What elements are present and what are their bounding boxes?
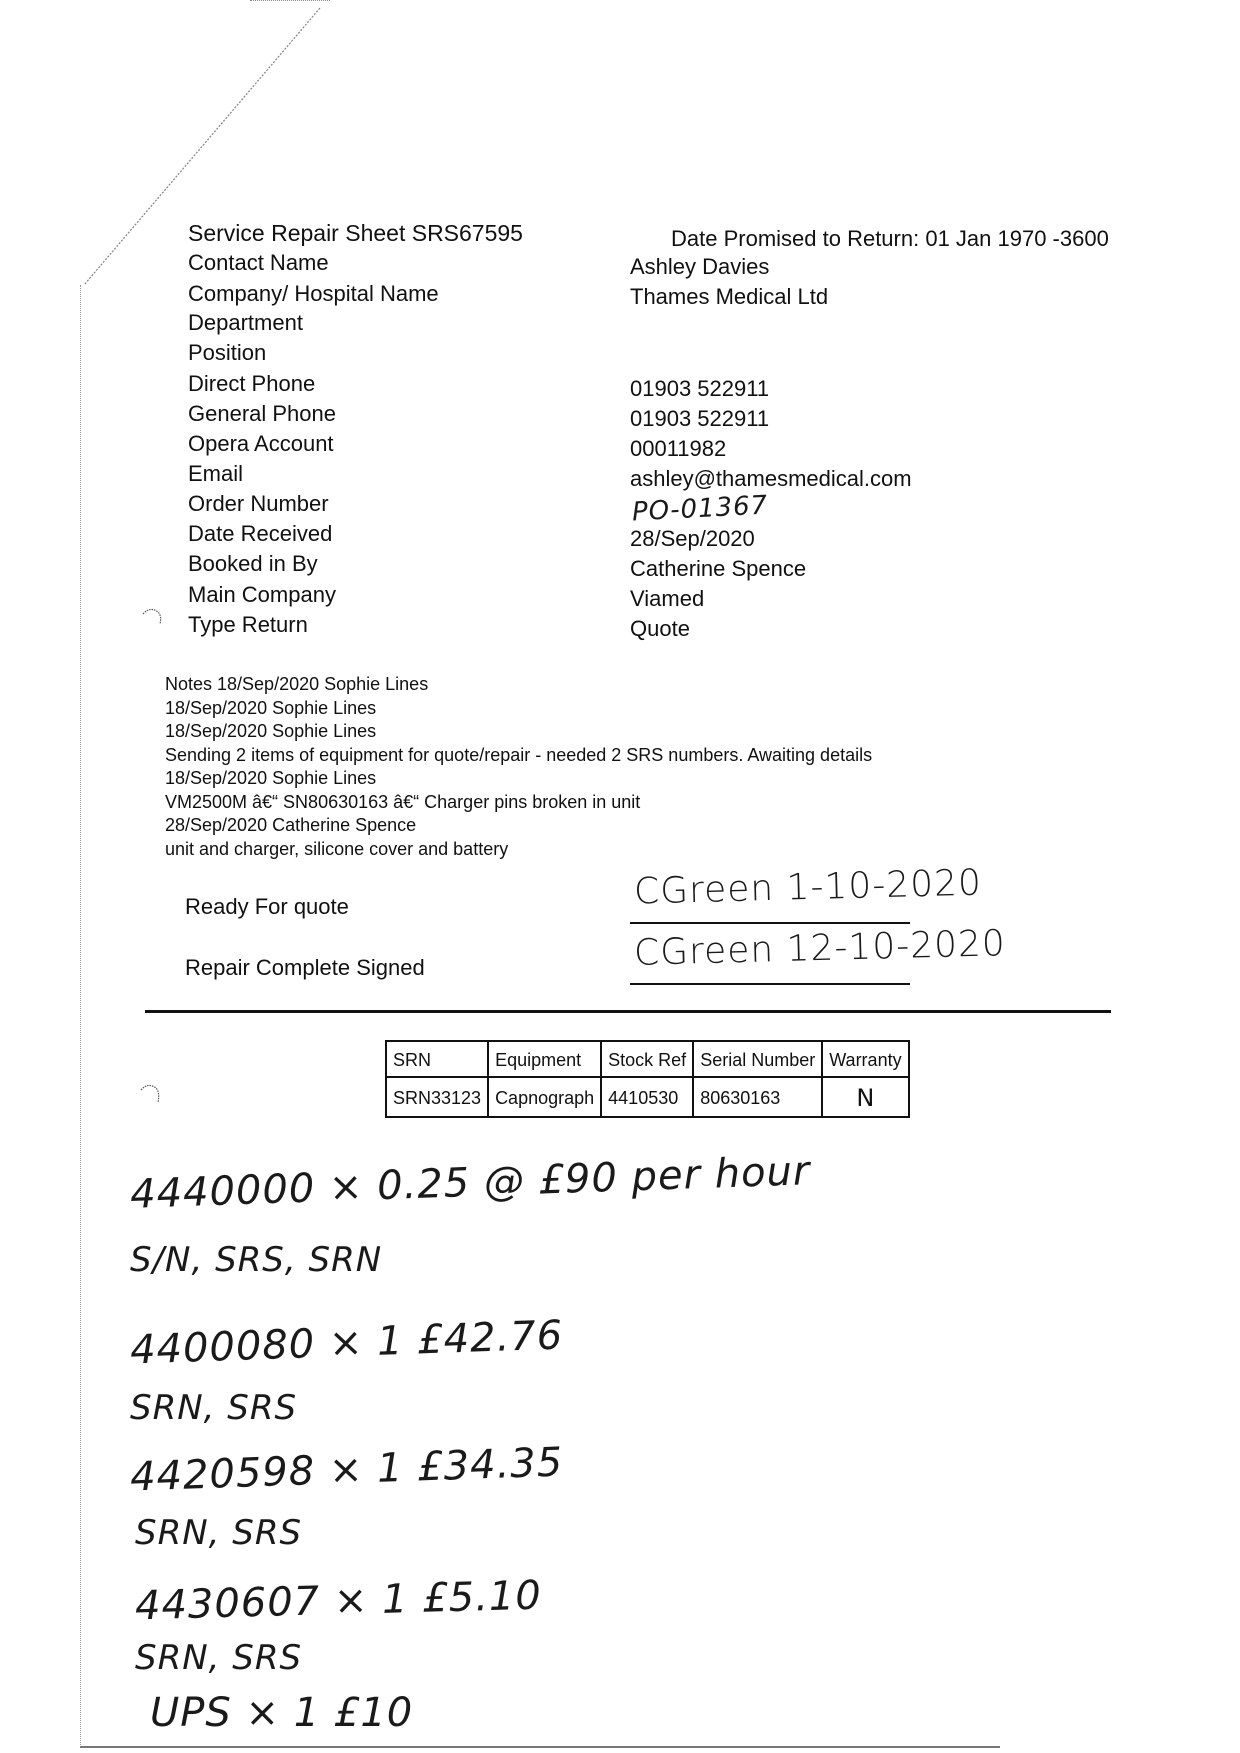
scan-edge-left — [80, 285, 81, 1745]
note-line: 18/Sep/2020 Sophie Lines — [165, 767, 872, 791]
handwritten-item-codes: SRN, SRS — [135, 1513, 302, 1553]
note-line: 18/Sep/2020 Sophie Lines — [165, 720, 872, 744]
sheet-title: Service Repair Sheet SRS67595 — [188, 220, 523, 247]
table-row: SRN33123 Capnograph 4410530 80630163 N — [386, 1077, 909, 1117]
header-srn: SRN — [386, 1041, 488, 1077]
handwritten-item-codes: SRN, SRS — [135, 1638, 302, 1678]
date-promised: Date Promised to Return: 01 Jan 1970 -36… — [671, 226, 1109, 252]
section-divider — [145, 1010, 1111, 1013]
scanned-service-repair-sheet: Service Repair Sheet SRS67595 Date Promi… — [0, 0, 1240, 1753]
punch-hole-mark — [138, 1080, 164, 1104]
scan-edge-bottom — [80, 1746, 1000, 1748]
label-general-phone: General Phone — [188, 401, 336, 427]
label-order-number: Order Number — [188, 491, 329, 517]
cell-srn: SRN33123 — [386, 1077, 488, 1117]
cell-equipment: Capnograph — [488, 1077, 601, 1117]
label-contact-name: Contact Name — [188, 250, 329, 276]
scan-edge-top — [250, 0, 330, 1]
value-general-phone: 01903 522911 — [630, 406, 769, 432]
value-opera-account: 00011982 — [630, 436, 726, 462]
signature-text: CGreen 12-10-2020 — [634, 924, 1007, 974]
signature-ready-for-quote: CGreen 1-10-2020 — [630, 882, 910, 924]
note-line: Notes 18/Sep/2020 Sophie Lines — [165, 673, 872, 697]
value-main-company: Viamed — [630, 586, 704, 612]
label-direct-phone: Direct Phone — [188, 371, 315, 397]
value-email: ashley@thamesmedical.com — [630, 466, 912, 492]
label-repair-complete: Repair Complete Signed — [185, 955, 425, 981]
signature-repair-complete: CGreen 12-10-2020 — [630, 943, 910, 985]
note-line: 18/Sep/2020 Sophie Lines — [165, 697, 872, 721]
handwritten-item-line: 4420598 × 1 £34.35 — [129, 1439, 564, 1500]
label-main-company: Main Company — [188, 582, 336, 608]
label-date-received: Date Received — [188, 521, 332, 547]
header-warranty: Warranty — [822, 1041, 908, 1077]
label-company: Company/ Hospital Name — [188, 281, 439, 307]
value-direct-phone: 01903 522911 — [630, 376, 769, 402]
cell-stock-ref: 4410530 — [601, 1077, 693, 1117]
label-opera-account: Opera Account — [188, 431, 334, 457]
cell-warranty: N — [822, 1077, 908, 1117]
equipment-table: SRN Equipment Stock Ref Serial Number Wa… — [385, 1040, 910, 1118]
label-booked-in-by: Booked in By — [188, 551, 318, 577]
note-line: 28/Sep/2020 Catherine Spence — [165, 814, 872, 838]
header-serial-number: Serial Number — [693, 1041, 822, 1077]
value-type-return: Quote — [630, 616, 690, 642]
label-email: Email — [188, 461, 243, 487]
label-position: Position — [188, 340, 266, 366]
handwritten-item-line: 4400080 × 1 £42.76 — [129, 1312, 564, 1373]
label-department: Department — [188, 310, 303, 336]
signature-text: CGreen 1-10-2020 — [634, 863, 983, 912]
note-line: VM2500M â€“ SN80630163 â€“ Charger pins … — [165, 791, 872, 815]
value-date-received: 28/Sep/2020 — [630, 526, 755, 552]
handwritten-item-codes: S/N, SRS, SRN — [130, 1240, 382, 1280]
table-header-row: SRN Equipment Stock Ref Serial Number Wa… — [386, 1041, 909, 1077]
handwritten-item-codes: SRN, SRS — [130, 1388, 297, 1428]
header-equipment: Equipment — [488, 1041, 601, 1077]
handwritten-item-line: 4430607 × 1 £5.10 — [134, 1573, 542, 1630]
header-stock-ref: Stock Ref — [601, 1041, 693, 1077]
punch-hole-mark — [140, 604, 166, 628]
value-contact-name: Ashley Davies — [630, 254, 769, 280]
label-type-return: Type Return — [188, 612, 308, 638]
notes-block: Notes 18/Sep/2020 Sophie Lines 18/Sep/20… — [165, 673, 872, 861]
value-booked-in-by: Catherine Spence — [630, 556, 806, 582]
value-order-number-handwritten: PO-01367 — [631, 490, 769, 527]
handwritten-item-line: UPS × 1 £10 — [150, 1690, 413, 1736]
note-line: unit and charger, silicone cover and bat… — [165, 838, 872, 862]
value-company: Thames Medical Ltd — [630, 284, 828, 310]
label-ready-for-quote: Ready For quote — [185, 894, 349, 920]
handwritten-item-line: 4440000 × 0.25 @ £90 per hour — [129, 1148, 811, 1218]
cell-serial-number: 80630163 — [693, 1077, 822, 1117]
note-line: Sending 2 items of equipment for quote/r… — [165, 744, 872, 768]
